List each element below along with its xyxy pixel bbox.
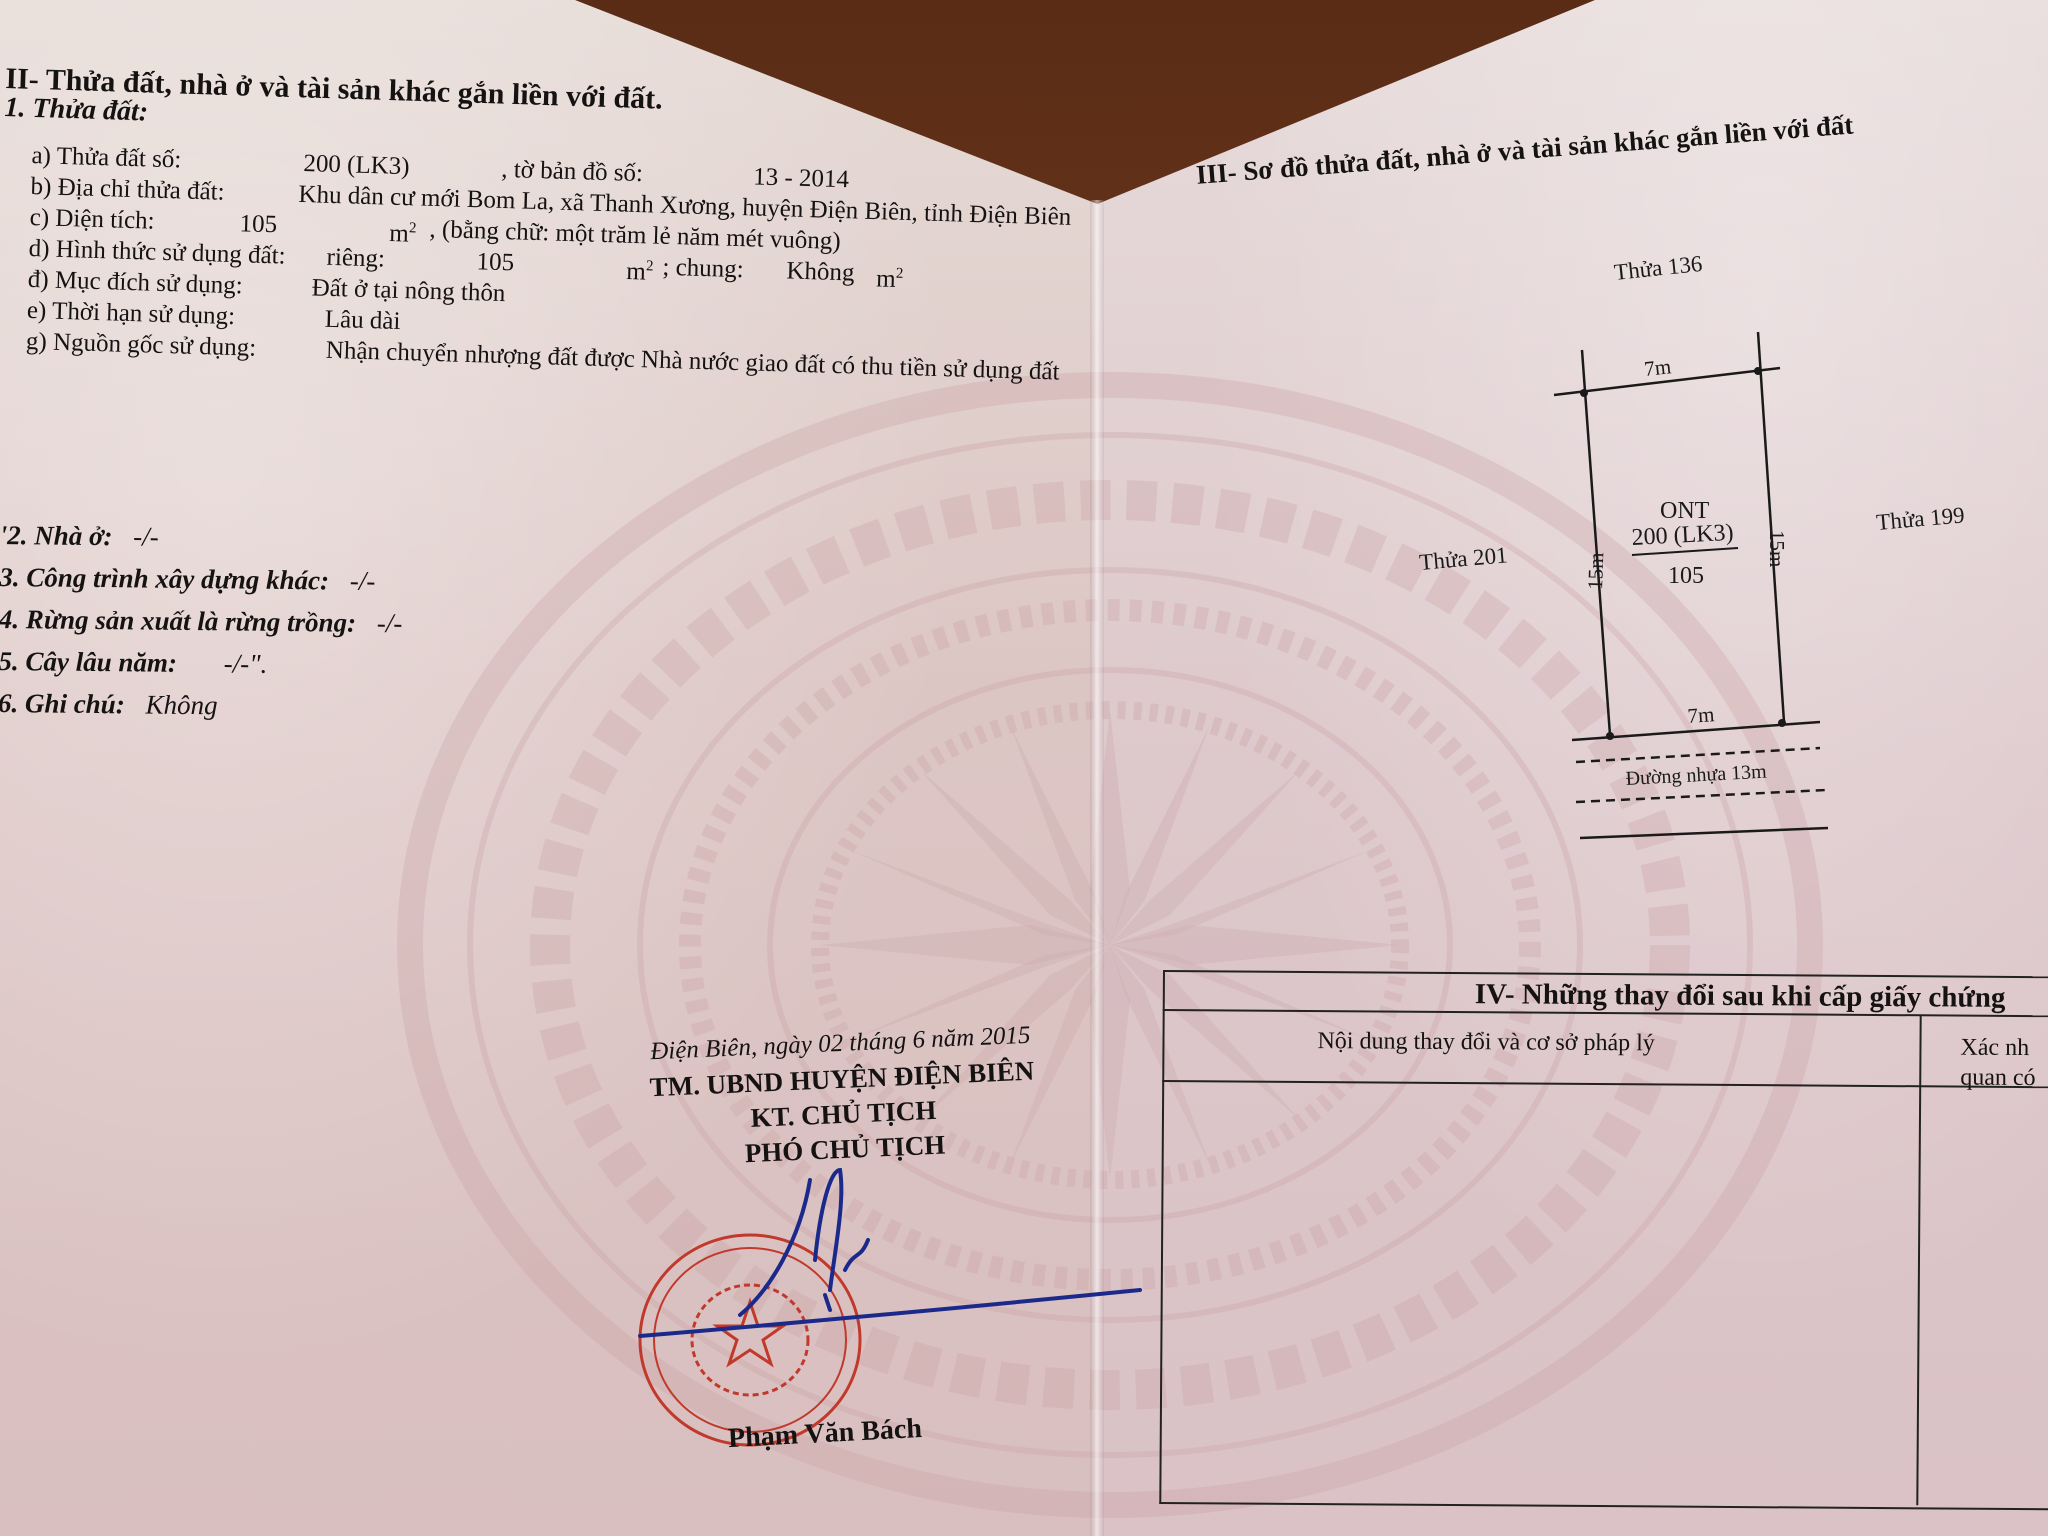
section-4-heading: IV- Những thay đổi sau khi cấp giấy chứn… xyxy=(1475,978,2006,1015)
item-label: 5. Cây lâu năm: xyxy=(0,646,177,678)
field-label: riêng: xyxy=(326,242,385,275)
field-purpose: đ) Mục đích sử dụng: Đất ở tại nông thôn xyxy=(27,264,28,295)
field-address: b) Địa chỉ thửa đất: Khu dân cư mới Bom … xyxy=(30,171,31,202)
field-origin: g) Nguồn gốc sử dụng: Nhận chuyển nhượng… xyxy=(26,326,27,357)
item-value: -/- xyxy=(133,521,159,551)
field-parcel-number: a) Thửa đất số: 200 (LK3) , tờ bản đồ số… xyxy=(31,140,32,171)
field-label: ; chung: xyxy=(662,252,744,285)
unit-text: m xyxy=(876,265,896,293)
field-value: 105 xyxy=(476,246,514,278)
red-seal-icon xyxy=(640,1235,860,1445)
item-value: -/- xyxy=(377,608,403,638)
field-label: c) Diện tích: xyxy=(29,202,155,237)
field-value: Không xyxy=(786,255,855,288)
field-value: 105 xyxy=(239,208,277,240)
field-term: e) Thời hạn sử dụng: Lâu dài xyxy=(26,295,27,326)
unit-text: m xyxy=(389,220,409,248)
parcel-number: 200 (LK3) xyxy=(1631,520,1734,551)
column-header-confirmation: Xác nh quan có xyxy=(1960,1033,2036,1094)
field-label: a) Thửa đất số: xyxy=(31,140,182,175)
unit-text: m xyxy=(626,258,646,286)
land-use-code: ONT xyxy=(1660,498,1710,524)
item-label: 6. Ghi chú: xyxy=(0,688,125,719)
field-value: 13 - 2014 xyxy=(753,161,850,195)
field-usage-form: d) Hình thức sử dụng đất: riêng: 105 m2 … xyxy=(28,233,29,264)
item-label: '2. Nhà ở: xyxy=(0,520,113,551)
field-unit: m2 xyxy=(876,258,904,295)
right-edge-length: 15m xyxy=(1765,530,1789,567)
item-planted-forest: 4. Rừng sản xuất là rừng trồng: -/- xyxy=(0,598,403,644)
parcel-diagram: 7m 7m 15m 15m ONT 200 (LK3) 105 Thửa 136… xyxy=(1520,240,1940,860)
changes-table: IV- Những thay đổi sau khi cấp giấy chứn… xyxy=(1159,970,2048,1516)
field-unit: m2 xyxy=(626,251,654,288)
field-area: c) Diện tích: 105 m2 , (bằng chữ: một tr… xyxy=(29,202,30,233)
field-label: , tờ bản đồ số: xyxy=(501,154,644,189)
signature-block: Điện Biên, ngày 02 tháng 6 năm 2015 TM. … xyxy=(610,1020,1075,1175)
item-label: 4. Rừng sản xuất là rừng trồng: xyxy=(0,604,356,638)
header-line: quan có xyxy=(1960,1063,2036,1094)
top-edge-length: 7m xyxy=(1643,354,1672,381)
neighbor-north: Thửa 136 xyxy=(1613,251,1704,285)
item-house: '2. Nhà ở: -/- xyxy=(0,514,403,560)
item-label: 3. Công trình xây dựng khác: xyxy=(0,562,329,595)
item-perennial-trees: 5. Cây lâu năm: -/-". xyxy=(0,640,402,686)
road-label: Đường nhựa 13m xyxy=(1625,761,1768,790)
field-unit: m2 xyxy=(389,213,417,250)
item-value: Không xyxy=(145,690,217,721)
field-value: Lâu dài xyxy=(324,304,401,337)
item-value: -/-". xyxy=(224,648,268,678)
item-notes: 6. Ghi chú: Không xyxy=(0,682,402,728)
item-value: -/- xyxy=(350,566,376,596)
parcel-area: 105 xyxy=(1668,563,1704,589)
bottom-edge-length: 7m xyxy=(1687,702,1715,728)
column-header-changes: Nội dung thay đổi và cơ sở pháp lý xyxy=(1317,1028,1655,1057)
left-edge-length: 15m xyxy=(1583,552,1608,590)
item-other-construction: 3. Công trình xây dựng khác: -/- xyxy=(0,556,403,602)
field-value: 200 (LK3) xyxy=(303,148,410,182)
other-assets-list: '2. Nhà ở: -/- 3. Công trình xây dựng kh… xyxy=(0,514,403,728)
header-line: Xác nh xyxy=(1960,1033,2036,1064)
